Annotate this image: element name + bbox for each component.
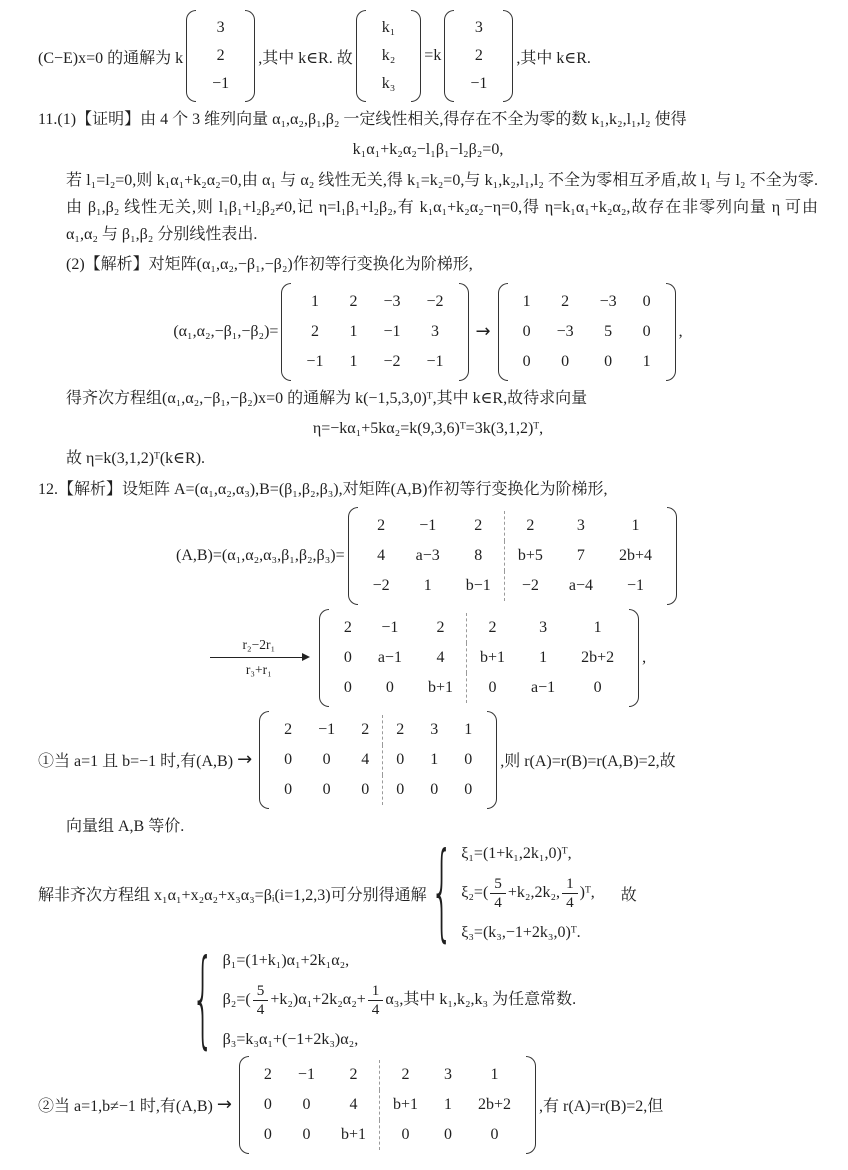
punctuation: ,: [642, 649, 646, 667]
right-paren-icon: [459, 283, 469, 381]
matrix-cell: 0: [379, 1120, 431, 1150]
beta2-equation: β₂=( 54 +k₂)α₁+2k₂α₂+ 14 α₃, 其中 k₁,k₂,k₃…: [223, 983, 576, 1018]
matrix-cell: 2: [453, 511, 504, 541]
matrix-case1: 2−12231004010000000: [259, 711, 497, 809]
matrix-cell: 1: [510, 287, 544, 317]
matrix-cell: 1: [336, 347, 370, 377]
equation-linear-combination: k₁α₁+k₂α₂−l₁β₁−l₂β₂=0,: [38, 137, 818, 163]
left-brace-icon: {: [191, 948, 214, 1053]
augmented-matrix-lhs: (A,B)=(α₁,α₂,α₃,β₁,β₂,β₃)=: [176, 547, 345, 565]
matrix-cell: 3: [431, 1060, 465, 1090]
matrix-cell: 7: [556, 541, 606, 571]
beta-system: { β₁=(1+k₁)α₁+2k₁α₂, β₂=( 54 +k₂)α₁+2k₂α…: [192, 951, 576, 1050]
matrix-cell: 0: [271, 745, 305, 775]
matrix-cell: b+1: [415, 673, 466, 703]
matrix-cell: −2: [413, 287, 456, 317]
arrow-head-icon: [302, 653, 310, 661]
problem11-general-solution: 得齐次方程组(α₁,α₂,−β₁,−β₂)x=0 的通解为 k(−1,5,3,0…: [66, 385, 818, 412]
matrix-cell: 4: [328, 1090, 379, 1120]
text-run: α₃,: [385, 990, 403, 1010]
matrix-cell: b+1: [379, 1090, 431, 1120]
matrix-cell: 1: [293, 287, 336, 317]
matrix-cell: a−1: [518, 673, 568, 703]
matrix-cell: 0: [365, 673, 415, 703]
matrix-cell: 0: [451, 775, 485, 805]
matrix-equation-lhs: (α₁,α₂,−β₁,−β₂)=: [173, 323, 278, 341]
matrix-cell: 2b+4: [606, 541, 665, 571]
case1-rank-text: ,则 r(A)=r(B)=r(A,B)=2,故: [500, 748, 675, 771]
matrix-cell: 1: [451, 715, 485, 745]
right-paren-icon: [666, 283, 676, 381]
matrix-cell: 2: [251, 1060, 285, 1090]
matrix-cell: 3: [456, 14, 501, 42]
matrix-cell: 3: [413, 317, 456, 347]
matrix-cell: 2: [331, 613, 365, 643]
matrix-cell: b−1: [453, 571, 504, 601]
matrix-cell: −1: [293, 347, 336, 377]
matrix-cell: k₁: [368, 14, 410, 42]
matrix-cell: 1: [465, 1060, 524, 1090]
equation-eta: η=−kα₁+5kα₂=k(9,3,6)ᵀ=3k(3,1,2)ᵀ,: [38, 416, 818, 442]
matrix-case2: 2−12231004b+112b+200b+1000: [239, 1056, 536, 1154]
left-brace-icon: {: [430, 841, 453, 946]
case2-text: ②当 a=1,b≠−1 时,有(A,B): [38, 1093, 213, 1116]
matrix-cell: 1: [403, 571, 453, 601]
matrix-cell: 0: [630, 287, 664, 317]
left-paren-icon: [259, 711, 269, 809]
case1-text: ①当 a=1 且 b=−1 时,有(A,B): [38, 748, 233, 771]
matrix-cell: 0: [465, 1120, 524, 1150]
matrix-cell: b+1: [328, 1120, 379, 1150]
matrix-cell: 2: [198, 42, 243, 70]
left-paren-icon: [239, 1056, 249, 1154]
matrix-cell: −1: [456, 70, 501, 98]
right-paren-icon: [667, 507, 677, 605]
matrix-cell: 2: [466, 613, 518, 643]
matrix-cell: k₃: [368, 70, 410, 98]
matrix-cell: 0: [544, 347, 587, 377]
right-paren-icon: [503, 10, 513, 102]
left-paren-icon: [444, 10, 454, 102]
matrix-cell: 1: [518, 643, 568, 673]
solve-system-text: 解非齐次方程组 x₁α₁+x₂α₂+x₃α₃=βᵢ(i=1,2,3)可分别得通解: [38, 882, 427, 905]
matrix-cell: 0: [348, 775, 382, 805]
text-run: +k₂,2k₂,: [508, 883, 560, 903]
matrix-cell: 2: [328, 1060, 379, 1090]
matrix-cell: −3: [587, 287, 630, 317]
matrix-cell: 3: [556, 511, 606, 541]
problem11-part1-proof: 11.(1)【证明】由 4 个 3 维列向量 α₁,α₂,β₁,β₂ 一定线性相…: [38, 106, 818, 133]
constants-note: 其中 k₁,k₂,k₃ 为任意常数.: [403, 990, 576, 1010]
case2-rank-text: ,有 r(A)=r(B)=2,但: [539, 1093, 663, 1116]
text-run: +k₂)α₁+2k₂α₂+: [270, 990, 365, 1010]
matrix-cell: 3: [518, 613, 568, 643]
problem11-part1-body: 若 l₁=l₂=0,则 k₁α₁+k₂α₂=0,由 α₁ 与 α₂ 线性无关,得…: [66, 167, 818, 249]
arrow-icon: →: [217, 1094, 232, 1115]
beta3-equation: β₃=k₃α₁+(−1+2k₃)α₂,: [223, 1030, 359, 1050]
matrix-cell: 2: [504, 511, 556, 541]
fraction-1-4: 14: [562, 876, 578, 911]
matrix-cell: a−4: [556, 571, 606, 601]
row-op-top-label: r₂−2r₁: [242, 637, 275, 653]
matrix-cell: −1: [606, 571, 665, 601]
matrix-cell: −1: [285, 1060, 328, 1090]
matrix-cell: −1: [413, 347, 456, 377]
matrix-cell: −1: [198, 70, 243, 98]
matrix-cell: 1: [568, 613, 627, 643]
matrix-cell: 0: [251, 1090, 285, 1120]
right-paren-icon: [487, 711, 497, 809]
matrix-cell: 2: [293, 317, 336, 347]
matrix-cell: 1: [336, 317, 370, 347]
matrix-cell: 0: [587, 347, 630, 377]
matrix-cell: 0: [271, 775, 305, 805]
matrix-cell: 0: [331, 643, 365, 673]
text-run: ξ₂=(: [461, 883, 488, 903]
column-vector-3-2-neg1: 32−1: [444, 10, 513, 102]
row-op-arrow: r₂−2r₁ r₃+r₁: [210, 637, 308, 678]
xi2-equation: ξ₂=( 54 +k₂,2k₂, 14 )ᵀ,: [461, 876, 595, 911]
matrix-cell: 1: [417, 745, 451, 775]
document-page: (C−E)x=0 的通解为 k 32−1 ,其中 k∈R. 故 k₁k₂k₃ =…: [0, 0, 848, 1154]
matrix-alpha-beta: 12−3−221−13−11−2−1: [281, 283, 468, 381]
arrow-line-icon: [210, 657, 308, 658]
matrix-cell: 1: [630, 347, 664, 377]
matrix-cell: a−3: [403, 541, 453, 571]
text-run: (C−E)x=0 的通解为 k: [38, 45, 183, 68]
arrow-icon: →: [237, 749, 252, 770]
matrix-cell: b+5: [504, 541, 556, 571]
matrix-cell: k₂: [368, 42, 410, 70]
matrix-cell: 4: [415, 643, 466, 673]
matrix-cell: 0: [331, 673, 365, 703]
matrix-cell: −3: [544, 317, 587, 347]
right-paren-icon: [526, 1056, 536, 1154]
xi1-equation: ξ₁=(1+k₁,2k₁,0)ᵀ,: [461, 844, 571, 864]
matrix-cell: −3: [370, 287, 413, 317]
matrix-cell: 0: [251, 1120, 285, 1150]
matrix-cell: 2: [544, 287, 587, 317]
problem11-conclusion: 故 η=k(3,1,2)ᵀ(k∈R).: [66, 445, 818, 472]
matrix-cell: −1: [365, 613, 415, 643]
text-run: β₂=(: [223, 990, 251, 1010]
matrix-cell: 0: [305, 745, 348, 775]
matrix-cell: 0: [417, 775, 451, 805]
matrix-cell: 0: [451, 745, 485, 775]
matrix-cell: 0: [568, 673, 627, 703]
matrix-after-row-ops: 2−122310a−14b+112b+200b+10a−10: [319, 609, 639, 707]
matrix-cell: 2: [382, 715, 417, 745]
problem11-part2-heading: (2)【解析】对矩阵(α₁,α₂,−β₁,−β₂)作初等行变换化为阶梯形,: [66, 251, 818, 278]
matrix-cell: −1: [403, 511, 453, 541]
matrix-cell: 0: [630, 317, 664, 347]
line-general-solution: (C−E)x=0 的通解为 k 32−1 ,其中 k∈R. 故 k₁k₂k₃ =…: [38, 10, 818, 102]
matrix-cell: 0: [285, 1120, 328, 1150]
left-paren-icon: [348, 507, 358, 605]
matrix-cell: 0: [382, 745, 417, 775]
xi3-equation: ξ₃=(k₃,−1+2k₃,0)ᵀ.: [461, 923, 580, 943]
xi-solution-system: { ξ₁=(1+k₁,2k₁,0)ᵀ, ξ₂=( 54 +k₂,2k₂, 14 …: [431, 844, 595, 943]
text-run: =k: [424, 47, 441, 65]
matrix-cell: 8: [453, 541, 504, 571]
matrix-cell: 2: [271, 715, 305, 745]
matrix-cell: 5: [587, 317, 630, 347]
fraction-1-4: 14: [368, 983, 384, 1018]
column-vector-k1k2k3: k₁k₂k₃: [356, 10, 422, 102]
matrix-cell: 0: [305, 775, 348, 805]
matrix-cell: 2: [379, 1060, 431, 1090]
matrix-cell: 3: [417, 715, 451, 745]
matrix-cell: 3: [198, 14, 243, 42]
arrow-icon: →: [476, 321, 491, 342]
matrix-cell: 2: [348, 715, 382, 745]
case1-line: ①当 a=1 且 b=−1 时,有(A,B) → 2−1223100401000…: [38, 711, 818, 809]
matrix-cell: −2: [504, 571, 556, 601]
problem12-heading: 12.【解析】设矩阵 A=(α₁,α₂,α₃),B=(β₁,β₂,β₃),对矩阵…: [38, 476, 818, 503]
left-paren-icon: [319, 609, 329, 707]
matrix-cell: 0: [510, 347, 544, 377]
matrix-cell: 4: [360, 541, 403, 571]
matrix-cell: −2: [360, 571, 403, 601]
matrix-cell: 2: [456, 42, 501, 70]
solve-system-line: 解非齐次方程组 x₁α₁+x₂α₂+x₃α₃=βᵢ(i=1,2,3)可分别得通解…: [38, 844, 818, 943]
text-run: ,其中 k∈R. 故: [258, 45, 353, 68]
left-paren-icon: [498, 283, 508, 381]
matrix-cell: 2b+2: [568, 643, 627, 673]
matrix-cell: 0: [285, 1090, 328, 1120]
matrix-cell: 2b+2: [465, 1090, 524, 1120]
right-paren-icon: [411, 10, 421, 102]
matrix-cell: 1: [431, 1090, 465, 1120]
left-paren-icon: [356, 10, 366, 102]
matrix-cell: −1: [370, 317, 413, 347]
matrix-equation-row-reduction: (α₁,α₂,−β₁,−β₂)= 12−3−221−13−11−2−1 → 12…: [38, 283, 818, 381]
therefore-text: 故: [621, 882, 637, 905]
text-run: )ᵀ,: [580, 883, 595, 903]
matrix-cell: 2: [336, 287, 370, 317]
left-paren-icon: [281, 283, 291, 381]
matrix-cell: a−1: [365, 643, 415, 673]
column-vector-3-2-neg1: 32−1: [186, 10, 255, 102]
right-paren-icon: [245, 10, 255, 102]
matrix-cell: 0: [382, 775, 417, 805]
augmented-matrix-AB: 2−122314a−38b+572b+4−21b−1−2a−4−1: [348, 507, 677, 605]
row-operation-step: r₂−2r₁ r₃+r₁ 2−122310a−14b+112b+200b+10a…: [38, 609, 818, 707]
matrix-cell: 0: [510, 317, 544, 347]
matrix-cell: 2: [415, 613, 466, 643]
right-paren-icon: [629, 609, 639, 707]
matrix-echelon-form: 12−300−3500001: [498, 283, 676, 381]
text-run: ,其中 k∈R.: [516, 45, 591, 68]
punctuation: ,: [679, 323, 683, 341]
matrix-cell: 0: [466, 673, 518, 703]
matrix-cell: b+1: [466, 643, 518, 673]
matrix-cell: 0: [431, 1120, 465, 1150]
matrix-cell: 4: [348, 745, 382, 775]
augmented-matrix-equation: (A,B)=(α₁,α₂,α₃,β₁,β₂,β₃)= 2−122314a−38b…: [38, 507, 818, 605]
case2-line: ②当 a=1,b≠−1 时,有(A,B) → 2−12231004b+112b+…: [38, 1056, 818, 1154]
matrix-cell: 1: [606, 511, 665, 541]
row-op-bottom-label: r₃+r₁: [246, 662, 272, 678]
beta1-equation: β₁=(1+k₁)α₁+2k₁α₂,: [223, 951, 350, 971]
matrix-cell: 2: [360, 511, 403, 541]
fraction-5-4: 54: [490, 876, 506, 911]
matrix-cell: −2: [370, 347, 413, 377]
matrix-cell: −1: [305, 715, 348, 745]
beta-expression-system: { β₁=(1+k₁)α₁+2k₁α₂, β₂=( 54 +k₂)α₁+2k₂α…: [188, 951, 818, 1050]
left-paren-icon: [186, 10, 196, 102]
fraction-5-4: 54: [253, 983, 269, 1018]
